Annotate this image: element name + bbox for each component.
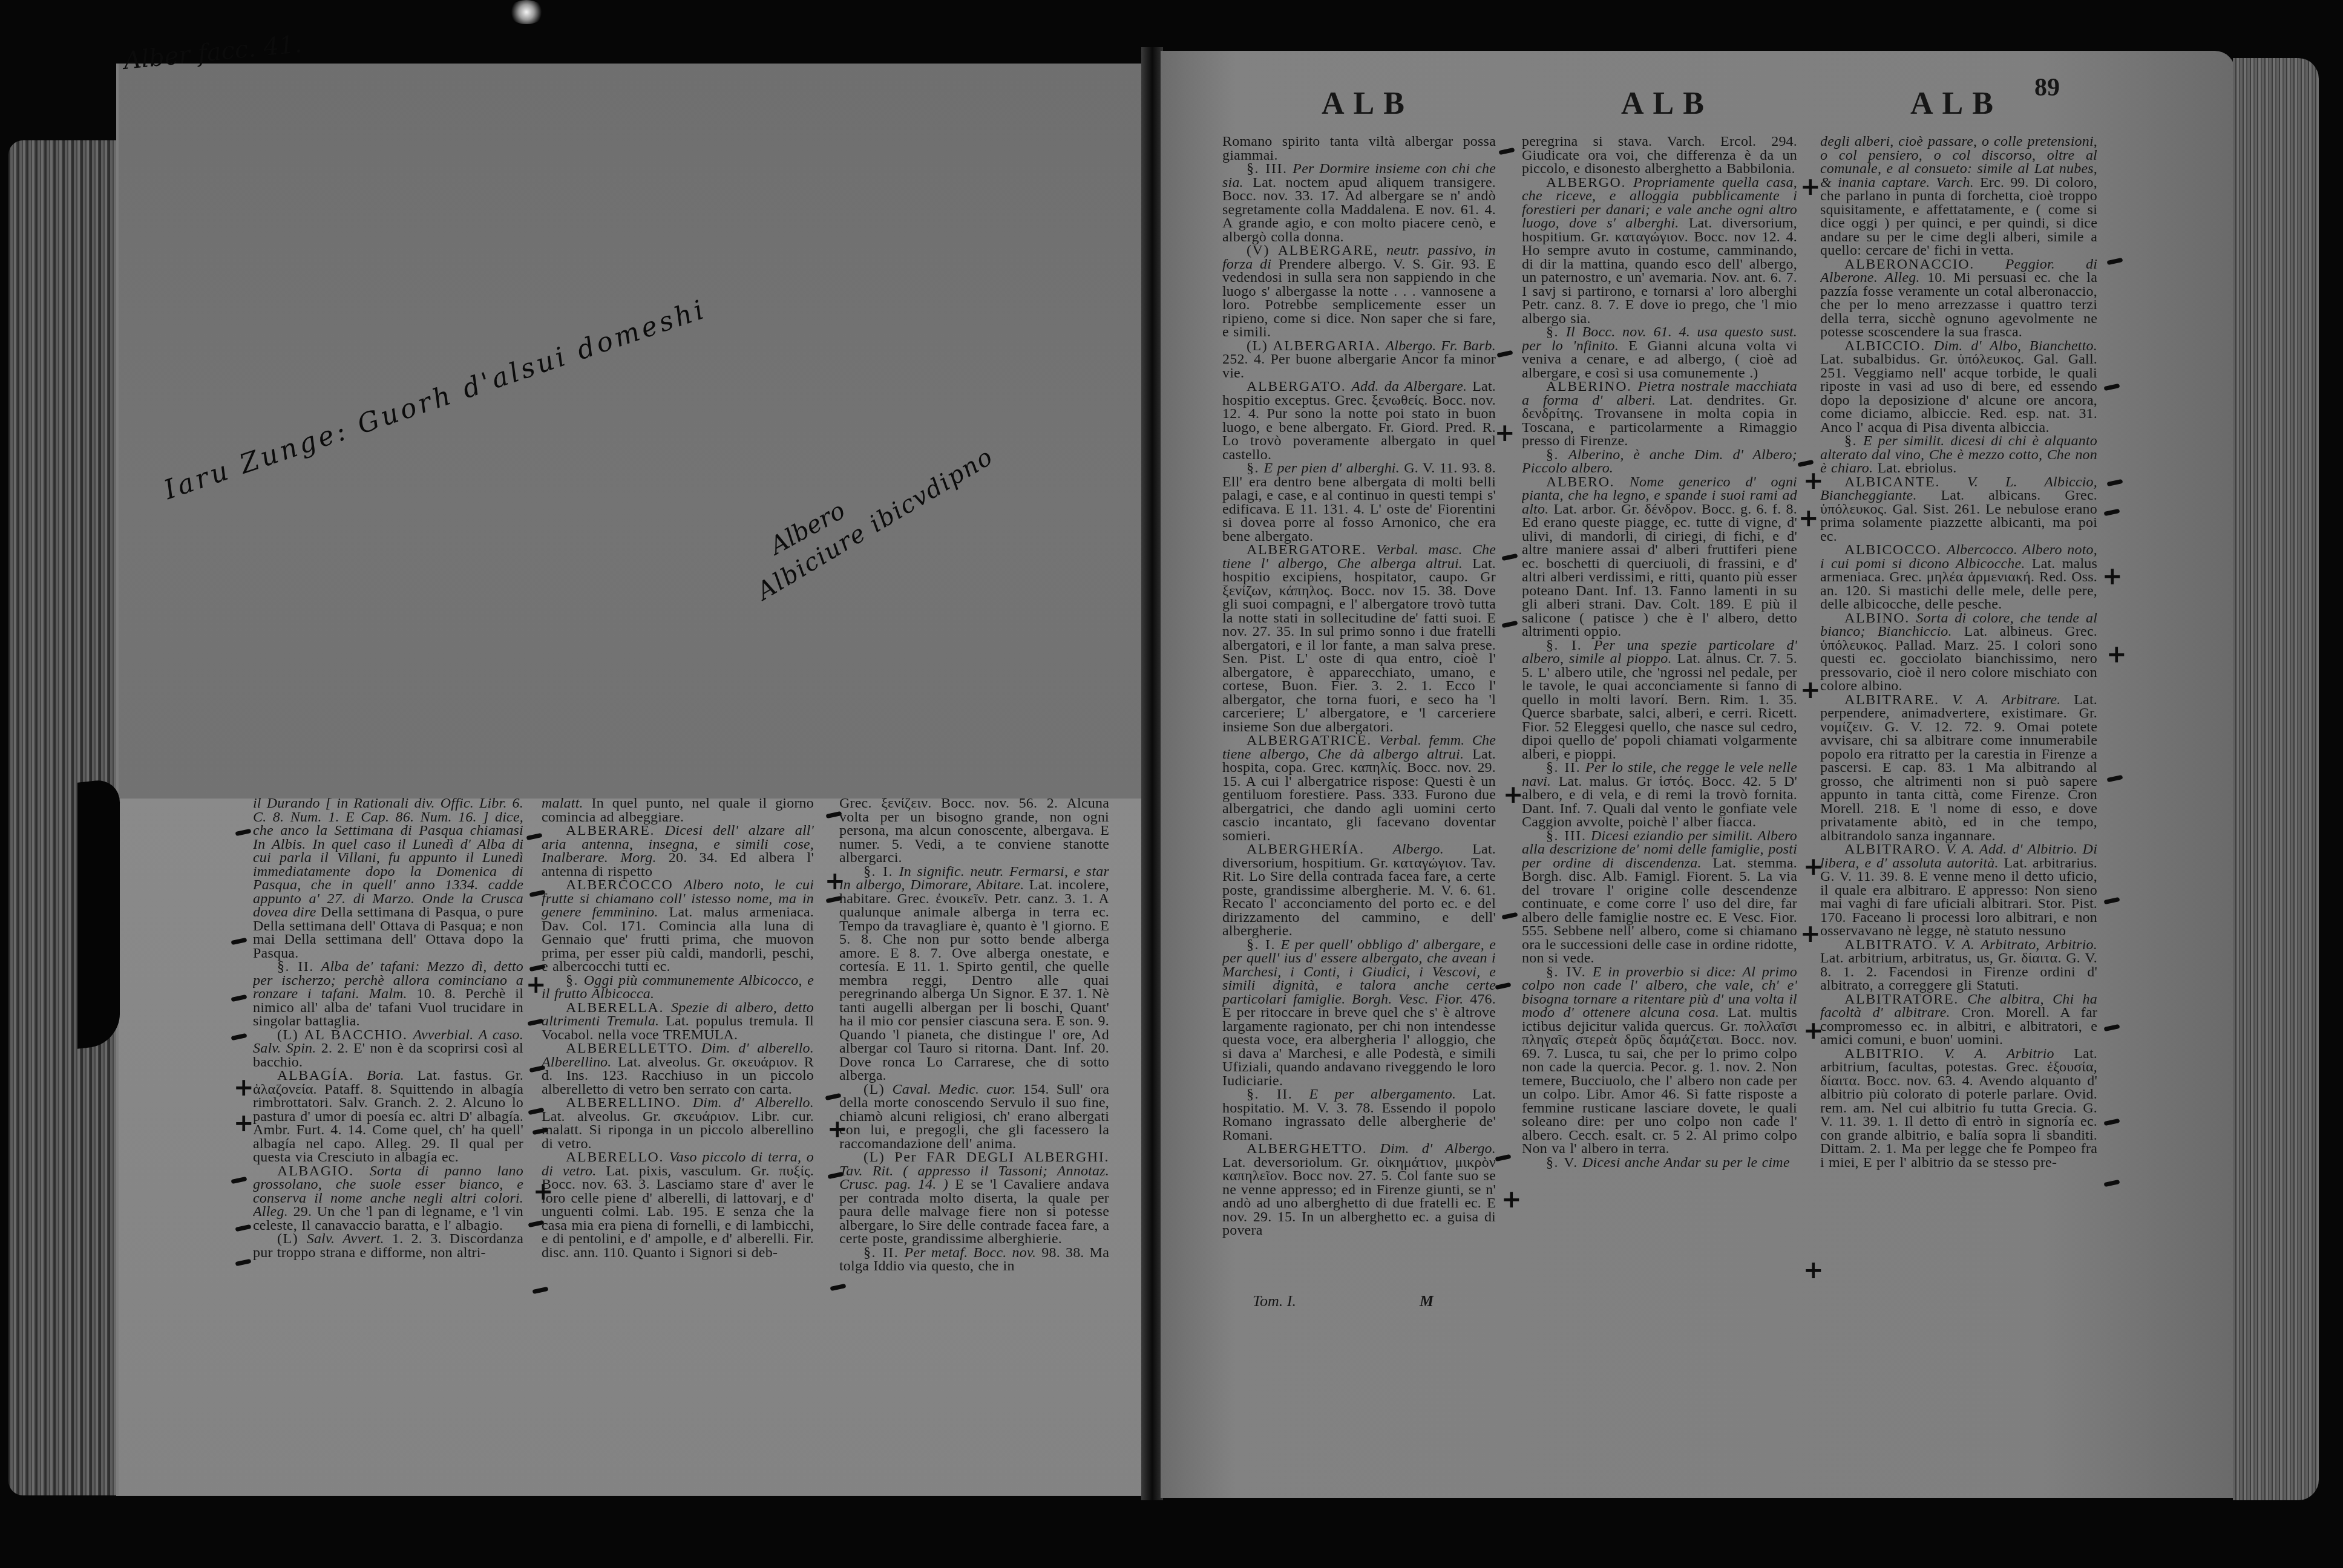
ink-cross-mark: [1803, 858, 1820, 876]
citations: 252. 4. Per buone albergarie Ancor fa mi…: [1222, 351, 1496, 381]
dictionary-entry: ALBERGATORE. Verbal. masc. Che tiene l' …: [1222, 543, 1496, 734]
dictionary-entry: ALBICOCCO. Albercocco. Albero noto, i cu…: [1820, 543, 2097, 612]
ink-cross-mark: [1800, 681, 1817, 699]
citations: Lat. alveolus. Gr. σκευάριον. Libr. cur.…: [542, 1109, 814, 1152]
dictionary-entry: ALBITRIO. V. A. Arbitrio Lat. arbitrium,…: [1820, 1047, 2097, 1170]
ink-cross-mark: [1501, 1191, 1518, 1209]
dictionary-entry: §. E per similit. dicesi di chi è alquan…: [1820, 434, 2097, 475]
citations: Lat. stemma. Borgh. disc. Alb. Famigl. F…: [1522, 855, 1797, 967]
citations: Lat. subalbidus. Gr. ὑπόλευκος. Gal. Gal…: [1820, 351, 2097, 436]
page-number: 89: [2034, 75, 2060, 100]
right-page-column-3: degli alberi, cioè passare, o colle pret…: [1820, 135, 2097, 1275]
citations: Lat. hospitio excipiens, hospitator, cau…: [1222, 556, 1496, 735]
dictionary-entry: ALBERINO. Pietra nostrale macchiata a fo…: [1522, 380, 1797, 448]
citations: Lat. arbor. Gr. δένδρον. Bocc. g. 6. f. …: [1522, 501, 1797, 640]
citations: peregrina si stava. Varch. Ercol. 294. G…: [1522, 135, 1797, 177]
left-page-column-3: Grec. ξενίζειν. Bocc. nov. 56. 2. Alcuna…: [839, 797, 1109, 1302]
right-page-fore-edge: [2233, 58, 2319, 1500]
ink-cross-mark: [2102, 567, 2119, 586]
running-head-column-2: ALB: [1522, 88, 1803, 120]
dictionary-entry: ALBERELLO. Vaso piccolo di terra, o di v…: [542, 1151, 814, 1259]
citations: Lat. arbitrium, facultas, potestas. Grec…: [1820, 1046, 2097, 1171]
definition: Alberino, è anche Dim. d' Albero; Piccol…: [1522, 447, 1797, 477]
ink-cross-mark: [1495, 424, 1512, 442]
citations: Lat. fastus. Gr. ἀλαζονεία. Pataff. 8. S…: [253, 1068, 523, 1165]
dictionary-entry: Grec. ξενίζειν. Bocc. nov. 56. 2. Alcuna…: [839, 797, 1109, 865]
ink-cross-mark: [1503, 786, 1520, 804]
dictionary-entry: degli alberi, cioè passare, o colle pret…: [1820, 135, 2097, 258]
book-gutter: [1141, 47, 1163, 1500]
definition: Dicesi anche Andar su per le cime: [1582, 1155, 1790, 1171]
pasted-paper-slip: [119, 64, 1144, 800]
ink-cross-mark: [234, 1079, 251, 1097]
ink-cross-mark: [234, 1114, 251, 1132]
dictionary-entry: il Durando [ in Rationali div. Offic. Li…: [253, 797, 523, 960]
signature-mark: M: [1420, 1293, 1434, 1309]
dictionary-entry: §. Il Bocc. nov. 61. 4. usa questo sust.…: [1522, 325, 1797, 380]
dictionary-entry: ALBAGIO. Sorta di panno lano grossolano,…: [253, 1165, 523, 1233]
dictionary-entry: ALBERONACCIO. Peggior. di Alberone. Alle…: [1820, 258, 2097, 339]
ink-cross-mark: [1803, 472, 1820, 490]
definition: E per similit. dicesi di chi è alquanto …: [1820, 433, 2097, 476]
dictionary-entry: (V) ALBERGARE, neutr. passivo, in forza …: [1222, 244, 1496, 339]
citations: Lat. deversoriolum. Gr. οἰκημάτιον, μικρ…: [1222, 1155, 1496, 1239]
right-page-column-1: Romano spirito tanta viltà albergar poss…: [1222, 135, 1496, 1294]
dictionary-entry: ALBERARE. Dicesi dell' alzare all' aria …: [542, 824, 814, 878]
citations: Lat. multis ictibus dejicitur valida que…: [1522, 1005, 1797, 1157]
citations: Lat. diversorium, hospitium. Gr. καταγώγ…: [1222, 841, 1496, 939]
dictionary-entry: §. II. Alba de' tafani: Mezzo dì, detto …: [253, 960, 523, 1028]
dictionary-entry: §. I. E per quell' obbligo d' albergare,…: [1222, 938, 1496, 1088]
ink-cross-mark: [526, 976, 543, 994]
citations: Lat. incolere, habitare. Grec. ἐνοικεῖν.…: [839, 877, 1109, 1083]
definition: il Durando [ in Rationali div. Offic. Li…: [253, 797, 523, 920]
dictionary-entry: ALBERGHERÍA. Albergo. Lat. diversorium, …: [1222, 843, 1496, 938]
dictionary-entry: §. II. E per albergamento. Lat. hospitat…: [1222, 1088, 1496, 1142]
dictionary-entry: §. III. Per Dormire insieme con chi che …: [1222, 162, 1496, 244]
headword: §. V.: [1546, 1155, 1578, 1171]
bookmark-tab: [77, 778, 120, 1048]
dictionary-entry: §. I. Per una spezie particolare d' albe…: [1522, 639, 1797, 762]
left-page-column-2: malatt. In quel punto, nel quale il gior…: [542, 797, 814, 1302]
definition: Oggi più communemente Albicocco, e il fr…: [542, 973, 814, 1002]
dictionary-entry: §. III. Dicesi eziandio per similit. Alb…: [1522, 829, 1797, 965]
left-page-column-1: il Durando [ in Rationali div. Offic. Li…: [253, 797, 523, 1302]
dictionary-entry: ALBITRATO. V. A. Arbitrato, Arbitrio. La…: [1820, 938, 2097, 993]
dictionary-entry: (L) AL BACCHIO. Avverbial. A caso. Salv.…: [253, 1028, 523, 1070]
dictionary-entry: ALBERGATO. Add. da Albergare. Lat. hospi…: [1222, 380, 1496, 462]
ink-cross-mark: [825, 872, 842, 890]
citations: Lat. malus. Gr ἱστός. Bocc. 42. 5 D' alb…: [1522, 774, 1797, 831]
dictionary-entry: ALBINO. Sorta di colore, che tende al bi…: [1820, 612, 2097, 693]
dictionary-entry: ALBITRATORE. Che albitra, Chi ha facoltà…: [1820, 993, 2097, 1047]
ink-cross-mark: [533, 1183, 550, 1201]
dictionary-entry: ALBICCIO. Dim. d' Albo, Bianchetto. Lat.…: [1820, 339, 2097, 435]
dictionary-entry: (L) ALBERGARIA. Albergo. Fr. Barb. 252. …: [1222, 339, 1496, 381]
citations: Lat. perpendere, animadvertere, existima…: [1820, 692, 2097, 844]
dictionary-entry: ALBERO. Nome generico d' ogni pianta, ch…: [1522, 475, 1797, 639]
dictionary-entry: §. Oggi più communemente Albicocco, e il…: [542, 974, 814, 1001]
citations: Lat. alnus. Cr. 7. 5. 5. L' albero utile…: [1522, 651, 1797, 762]
citations: Lat. pixis, vasculum. Gr. πυξίς. Bocc. n…: [542, 1163, 814, 1261]
right-page-column-2: peregrina si stava. Varch. Ercol. 294. G…: [1522, 135, 1797, 1294]
dictionary-entry: (L) Caval. Medic. cuor. 154. Sull' ora d…: [839, 1083, 1109, 1151]
ink-cross-mark: [1800, 178, 1817, 196]
citations: Lat. noctem apud aliquem transigere. Boc…: [1222, 175, 1496, 245]
citations: Romano spirito tanta viltà albergar poss…: [1222, 135, 1496, 163]
dictionary-entry: ALBERELLETTO. Dim. d' alberello. Alberel…: [542, 1042, 814, 1096]
dictionary-entry: ALBERCOCCO Albero noto, le cui frutte si…: [542, 878, 814, 974]
dictionary-entry: ALBERGHETTO. Dim. d' Albergo. Lat. dever…: [1222, 1142, 1496, 1238]
ink-cross-mark: [1798, 509, 1815, 528]
dictionary-entry: ALBITRARO. V. A. Add. d' Albitrio. Di li…: [1820, 843, 2097, 938]
volume-label: Tom. I.: [1253, 1293, 1296, 1309]
dictionary-entry: §. V. Dicesi anche Andar su per le cime: [1522, 1156, 1797, 1170]
ink-cross-mark: [1803, 1261, 1820, 1279]
dictionary-entry: §. I. In signific. neutr. Fermarsi, e st…: [839, 865, 1109, 1083]
ink-cross-mark: [827, 1120, 844, 1138]
dictionary-entry: malatt. In quel punto, nel quale il gior…: [542, 797, 814, 824]
dictionary-entry: (L) Salv. Avvert. 1. 2. 3. Discordanza p…: [253, 1232, 523, 1259]
dictionary-entry: ALBITRARE. V. A. Arbitrare. Lat. perpend…: [1820, 693, 2097, 843]
dictionary-entry: peregrina si stava. Varch. Ercol. 294. G…: [1522, 135, 1797, 176]
dictionary-entry: ALBERELLA. Spezie di albero, detto altri…: [542, 1001, 814, 1042]
citations: Lat. arbitrium, arbitratus, us, Gr. δίαι…: [1820, 950, 2097, 993]
dictionary-entry: ALBAGÍA. Boria. Lat. fastus. Gr. ἀλαζονε…: [253, 1069, 523, 1165]
dictionary-entry: §. IV. E in proverbio si dice: Al primo …: [1522, 965, 1797, 1156]
dictionary-entry: Romano spirito tanta viltà albergar poss…: [1222, 135, 1496, 162]
ink-cross-mark: [1800, 925, 1817, 943]
citations: 29. Un che 'l pan di legname, e 'l vin c…: [253, 1204, 523, 1233]
dictionary-entry: ALBERGO. Propriamente quella casa, che r…: [1522, 176, 1797, 326]
ink-cross-mark: [2106, 645, 2123, 664]
dictionary-entry: §. E per pien d' alberghi. G. V. 11. 93.…: [1222, 462, 1496, 543]
dictionary-entry: ALBICANTE. V. L. Albiccio, Biancheggiant…: [1820, 475, 2097, 544]
running-head-column-1: ALB: [1222, 88, 1504, 120]
citations: Grec. ξενίζειν. Bocc. nov. 56. 2. Alcuna…: [839, 797, 1109, 866]
citations: 476. E per ritoccare in breve quel che s…: [1222, 991, 1496, 1089]
camera-glare: [508, 0, 545, 24]
dictionary-entry: §. II. Per metaf. Bocc. nov. 98. 38. Ma …: [839, 1246, 1109, 1273]
dictionary-entry: ALBERELLINO. Dim. d' Alberello. Lat. alv…: [542, 1096, 814, 1151]
citations: Lat. diversorium, hospitium. Gr. καταγώγ…: [1522, 215, 1797, 327]
dictionary-entry: §. II. Per lo stile, che regge le vele n…: [1522, 761, 1797, 829]
citations: Lat. hospita, copa. Grec. καπηλίς. Bocc.…: [1222, 746, 1496, 844]
dictionary-entry: (L) Per FAR DEGLI ALBERGHI. Tav. Rit. ( …: [839, 1151, 1109, 1246]
dictionary-entry: §. Alberino, è anche Dim. d' Albero; Pic…: [1522, 448, 1797, 475]
dictionary-entry: ALBERGATRICE. Verbal. femm. Che tiene al…: [1222, 734, 1496, 843]
ink-cross-mark: [1803, 1022, 1820, 1040]
